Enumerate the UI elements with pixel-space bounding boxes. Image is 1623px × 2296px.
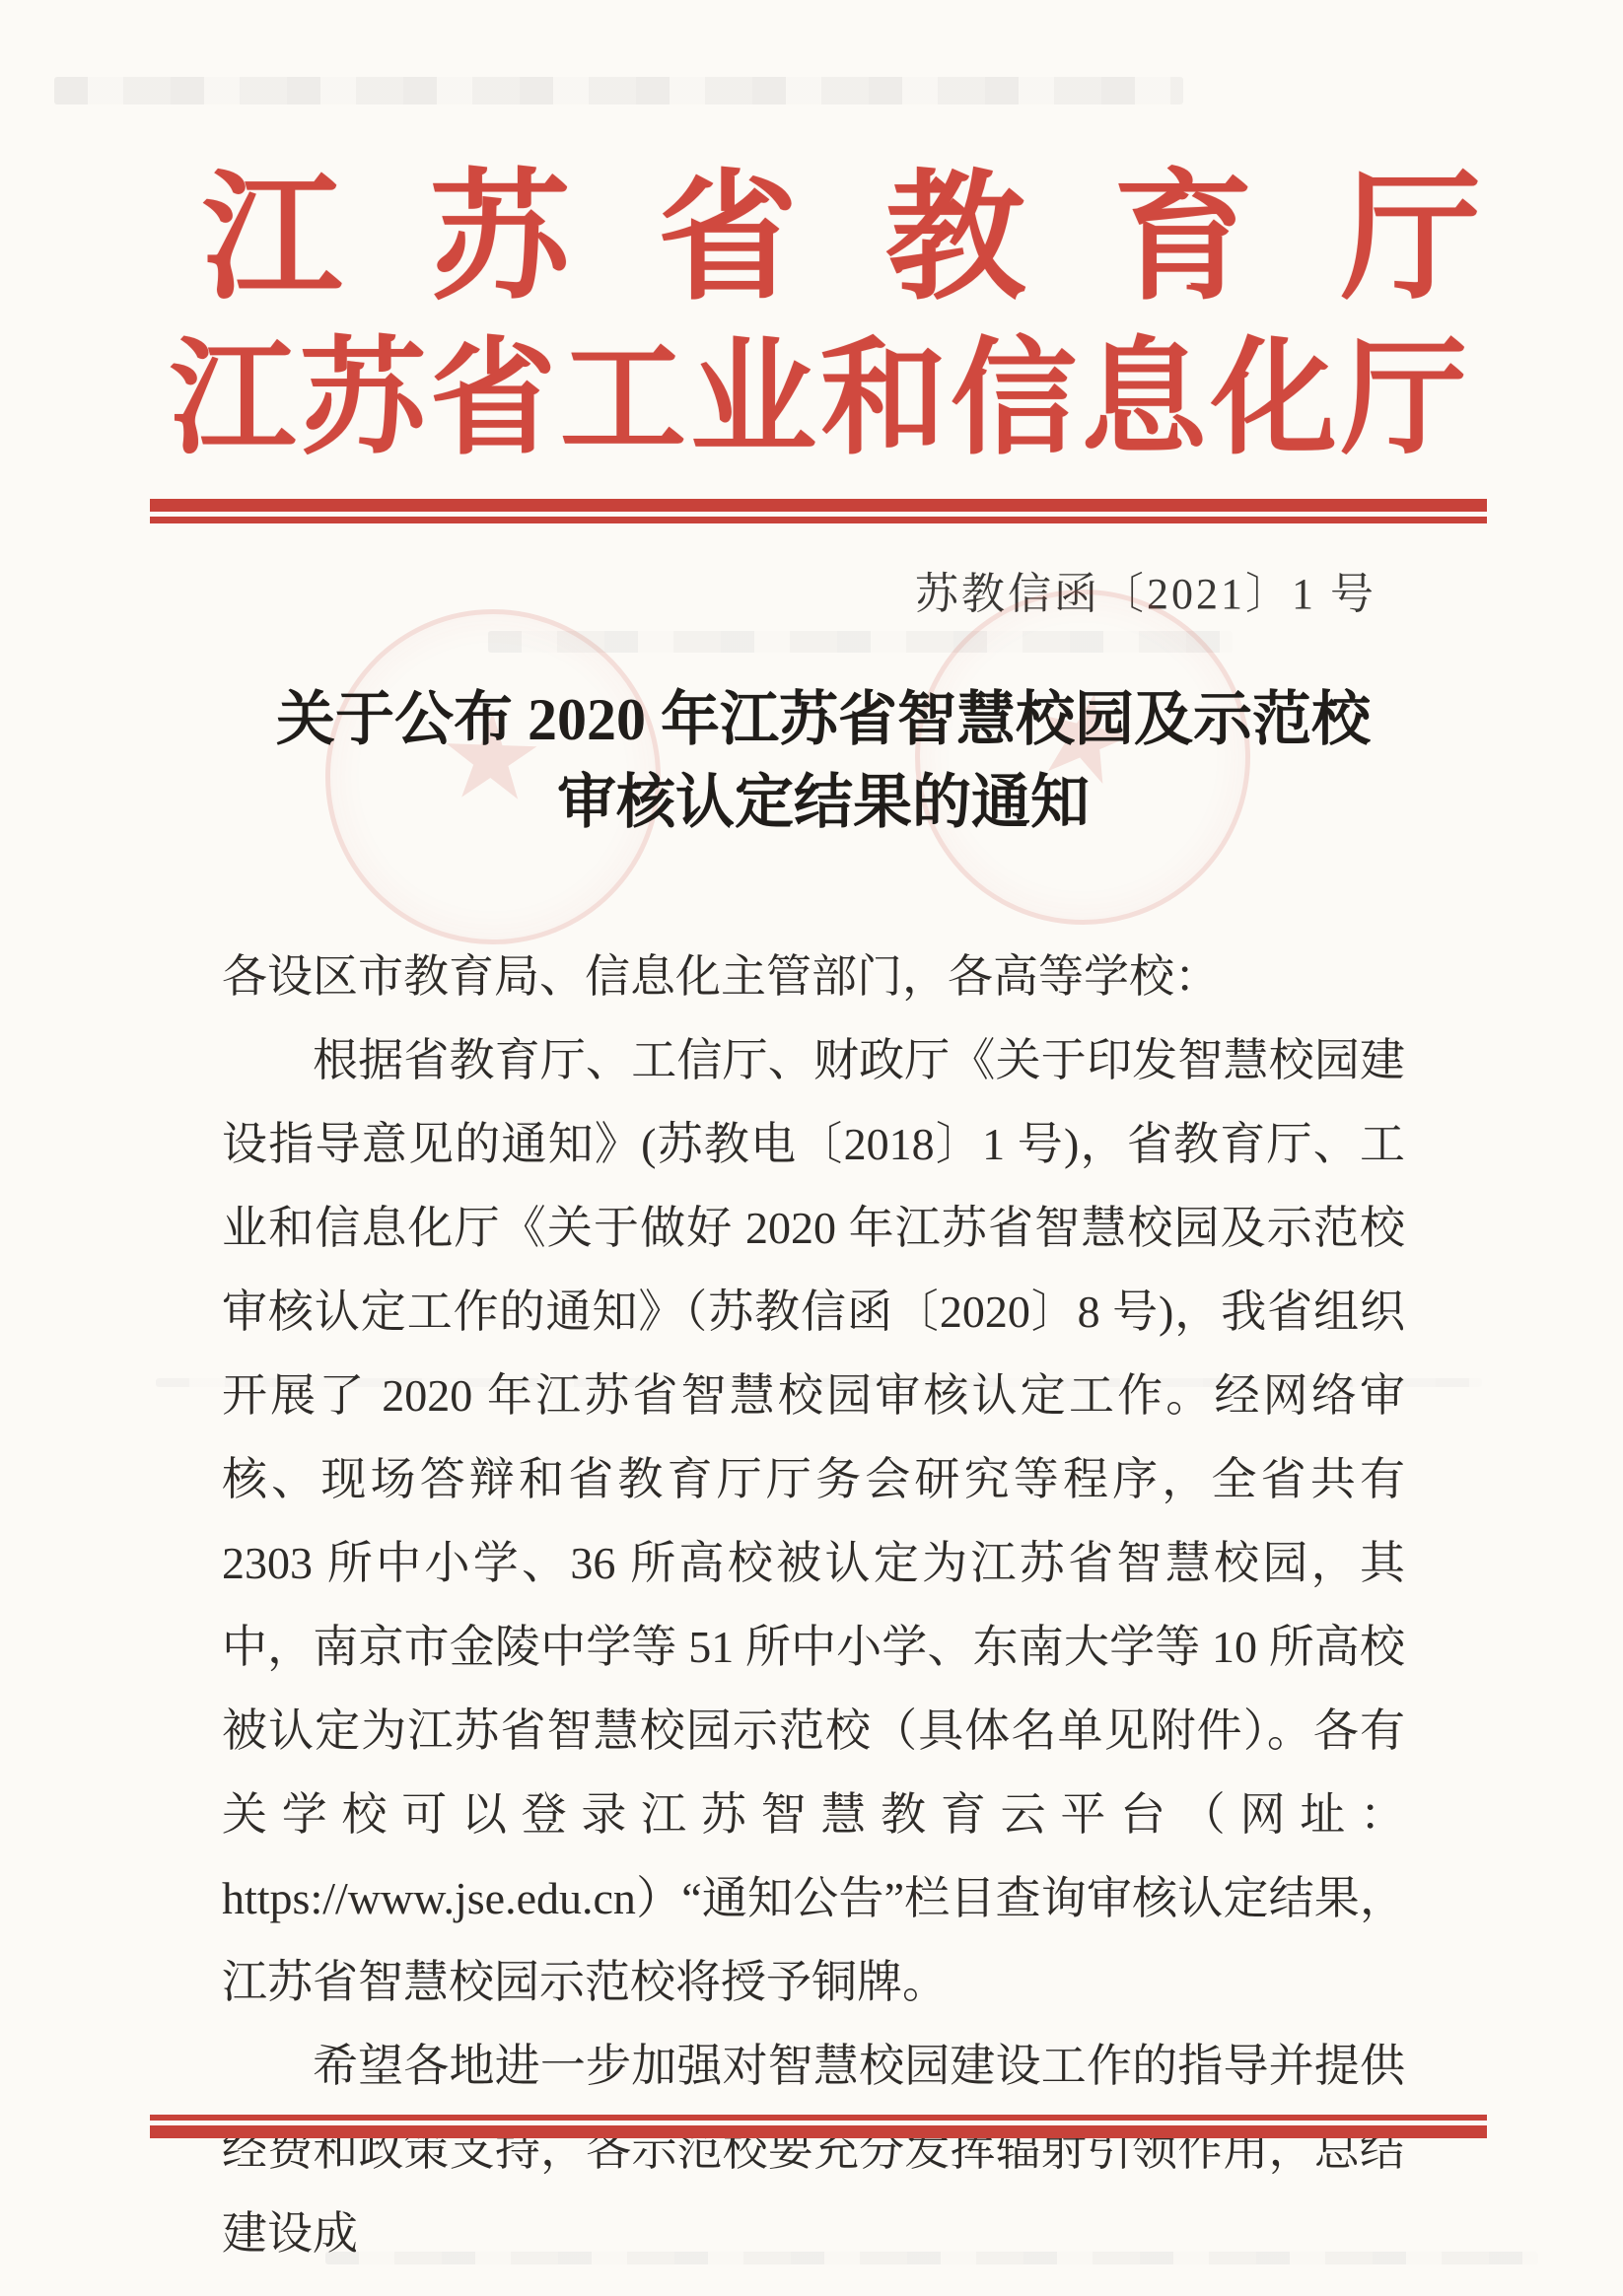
letterhead-rule-thick [150, 499, 1487, 512]
letterhead-org-line-2: 江苏省工业和信息化厅 [170, 333, 1471, 465]
footer-rule-thin [150, 2115, 1487, 2121]
scanned-official-notice-page: 江苏省教育厅 江苏省工业和信息化厅 苏教信函〔2021〕1 号 ★ ★ 关于公布… [0, 0, 1623, 2296]
letterhead-org-line-1: 江苏省教育厅 [202, 166, 1569, 313]
notice-title: 关于公布 2020 年江苏省智慧校园及示范校 审核认定结果的通知 [222, 678, 1425, 844]
body-paragraph-2: 希望各地进一步加强对智慧校园建设工作的指导并提供经费和政策支持，各示范校要充分发… [222, 2024, 1405, 2275]
letterhead-rule-thin [150, 517, 1487, 523]
notice-body: 各设区市教育局、信息化主管部门，各高等学校： 根据省教育厅、工信厅、财政厅《关于… [222, 935, 1405, 2275]
body-paragraph-1: 根据省教育厅、工信厅、财政厅《关于印发智慧校园建设指导意见的通知》(苏教电〔20… [222, 1018, 1405, 2024]
footer-rule-thick [150, 2125, 1487, 2138]
notice-title-line-1: 关于公布 2020 年江苏省智慧校园及示范校 [222, 678, 1425, 761]
notice-title-line-2: 审核认定结果的通知 [222, 761, 1425, 844]
scan-artifact-top [54, 77, 1183, 104]
salutation-line: 各设区市教育局、信息化主管部门，各高等学校： [222, 935, 1405, 1018]
